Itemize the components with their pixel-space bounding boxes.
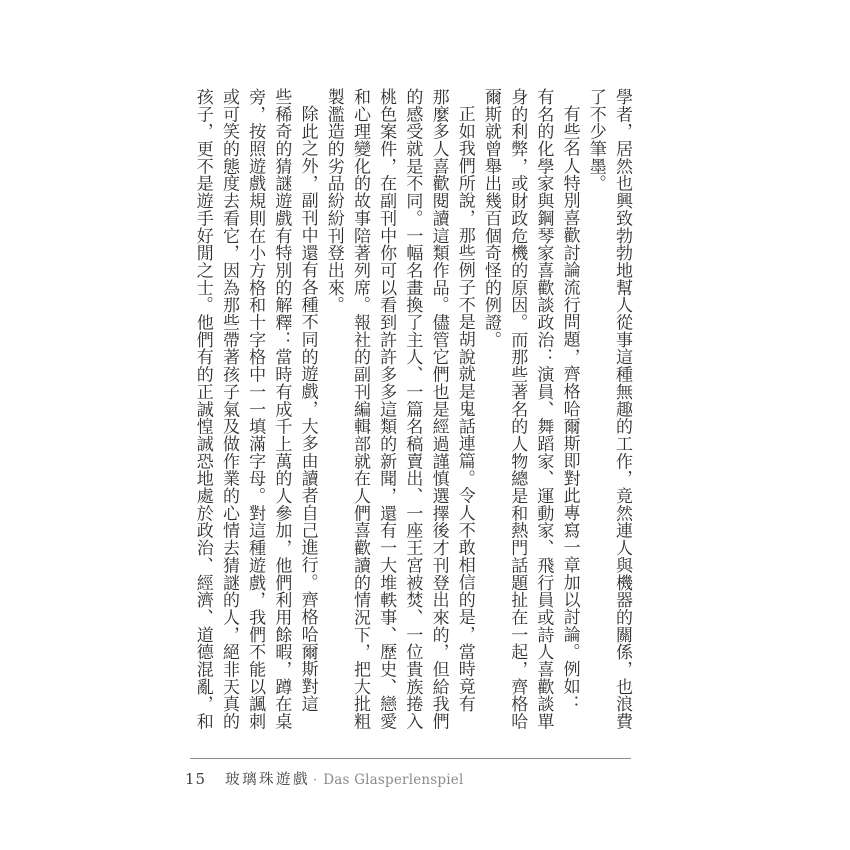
running-title-german: Das Glasperlenspiel	[323, 772, 463, 788]
text-column: 有名的化學家與鋼琴家喜歡談政治：演員、舞蹈家、運動家、飛行員或詩人喜歡談單	[530, 88, 556, 730]
text-column: 製濫造的劣品紛紛刊登出來。	[321, 88, 347, 730]
text-column: 爾斯就曾舉出幾百個奇怪的例證。	[478, 88, 504, 730]
text-column: 除此之外，副刊中還有各種不同的遊戲，大多由讀者自己進行。齊格哈爾斯對這	[294, 88, 320, 730]
text-column: 的感受就是不同。一幅名畫換了主人、一篇名稿賣出、一座王宮被焚、一位貴族捲入	[399, 88, 425, 730]
text-column: 桃色案件，在副刊中你可以看到許許多多這類的新聞，還有一大堆軼事、歷史、戀愛	[373, 88, 399, 730]
text-column: 身的利弊，或財政危機的原因。而那些著名的人物總是和熱門話題扯在一起，齊格哈	[504, 88, 530, 730]
text-column: 了不少筆墨。	[583, 88, 609, 730]
footer-divider	[190, 758, 631, 759]
running-title-chinese: 玻璃珠遊戲	[225, 768, 310, 789]
page-footer: 15 玻璃珠遊戲 · Das Glasperlenspiel	[185, 768, 464, 789]
text-column: 些稀奇的猜謎遊戲有特別的解釋：當時有成千上萬的人參加，他們利用餘暇，蹲在桌	[268, 88, 294, 730]
text-column: 和心理變化的故事陪著列席。報社的副刊編輯部就在人們喜歡讀的情況下，把大批粗	[347, 88, 373, 730]
book-page: 學者，居然也興致勃勃地幫人從事這種無趣的工作，竟然連人與機器的關係，也浪費了不少…	[0, 0, 850, 850]
text-column: 學者，居然也興致勃勃地幫人從事這種無趣的工作，竟然連人與機器的關係，也浪費	[609, 88, 635, 730]
dot-separator: ·	[313, 773, 317, 788]
text-column: 孩子，更不是遊手好閒之士。他們有的正誠惶誠恐地處於政治、經濟、道德混亂，和	[190, 88, 216, 730]
text-column: 有些名人特別喜歡討論流行問題，齊格哈爾斯即對此專寫一章加以討論。例如：	[556, 88, 582, 730]
text-column: 或可笑的態度去看它，因為那些帶著孩子氣及做作業的心情去猜謎的人，絕非天真的	[216, 88, 242, 730]
body-text-vertical: 學者，居然也興致勃勃地幫人從事這種無趣的工作，竟然連人與機器的關係，也浪費了不少…	[189, 88, 635, 730]
text-column: 旁，按照遊戲規則在小方格和十字格中一一填滿字母。對這種遊戲，我們不能以諷刺	[242, 88, 268, 730]
page-number: 15	[185, 770, 206, 788]
text-column: 那麼多人喜歡閱讀這類作品。儘管它們也是經過謹慎選擇後才刊登出來的，但給我們	[425, 88, 451, 730]
text-column: 正如我們所說，那些例子不是胡說就是鬼話連篇。令人不敢相信的是，當時竟有	[452, 88, 478, 730]
